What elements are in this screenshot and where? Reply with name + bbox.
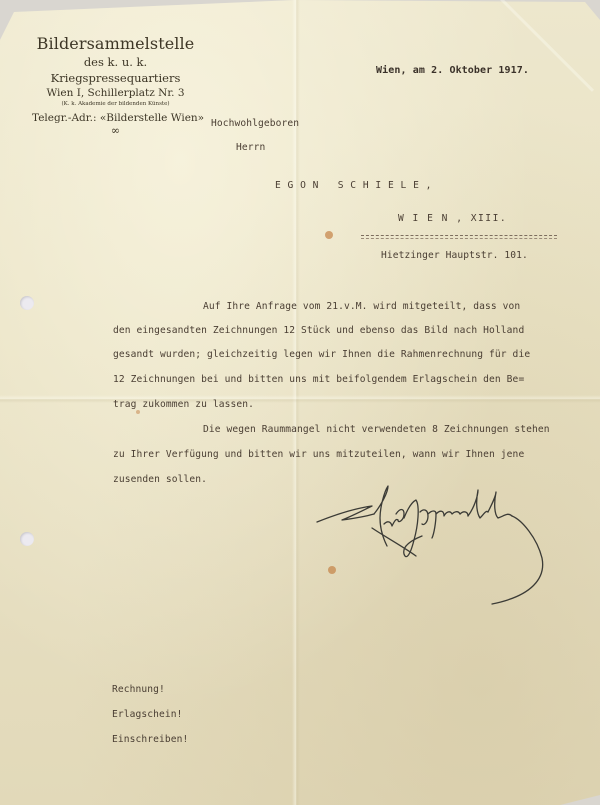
recipient-name: E G O N S C H I E L E ,	[275, 180, 432, 191]
body-line: Die wegen Raummangel nicht verwendeten 8…	[203, 424, 550, 435]
letterhead-subtitle: des k. u. k. Kriegspressequartiers	[18, 54, 213, 86]
address-underline	[361, 238, 557, 239]
punch-hole-icon	[20, 532, 34, 546]
address-underline	[361, 235, 557, 236]
signature-icon	[312, 478, 597, 618]
stain-spot	[136, 410, 140, 414]
enclosure-item: Erlagschein!	[112, 709, 183, 720]
recipient-city: W I E N , XIII.	[398, 213, 507, 224]
letterhead: Bildersammelstelle des k. u. k. Kriegspr…	[18, 34, 213, 136]
body-line: zu Ihrer Verfügung und bitten wir uns mi…	[113, 449, 524, 460]
enclosure-item: Rechnung!	[112, 684, 165, 695]
horizontal-fold-crease	[0, 395, 600, 403]
body-line: den eingesandten Zeichnungen 12 Stück un…	[113, 325, 524, 336]
letterhead-ornament-icon: ∞	[18, 126, 213, 136]
letterhead-address-note: (K. k. Akademie der bildenden Künste)	[18, 100, 213, 108]
body-line: zusenden sollen.	[113, 474, 207, 485]
body-line: trag zukommen zu lassen.	[113, 399, 254, 410]
date-line: Wien, am 2. Oktober 1917.	[376, 65, 529, 76]
body-line: 12 Zeichnungen bei und bitten uns mit be…	[113, 374, 524, 385]
salutation-line-1: Hochwohlgeboren	[211, 118, 299, 129]
salutation-line-2: Herrn	[236, 142, 265, 153]
punch-hole-icon	[20, 296, 34, 310]
stain-spot	[325, 231, 333, 239]
body-line: gesandt wurden; gleichzeitig legen wir I…	[113, 349, 530, 360]
body-line: Auf Ihre Anfrage vom 21.v.M. wird mitget…	[203, 301, 520, 312]
enclosure-item: Einschreiben!	[112, 734, 188, 745]
letterhead-title: Bildersammelstelle	[18, 34, 213, 54]
letterhead-address: Wien I, Schillerplatz Nr. 3	[18, 86, 213, 100]
recipient-street: Hietzinger Hauptstr. 101.	[381, 250, 528, 261]
